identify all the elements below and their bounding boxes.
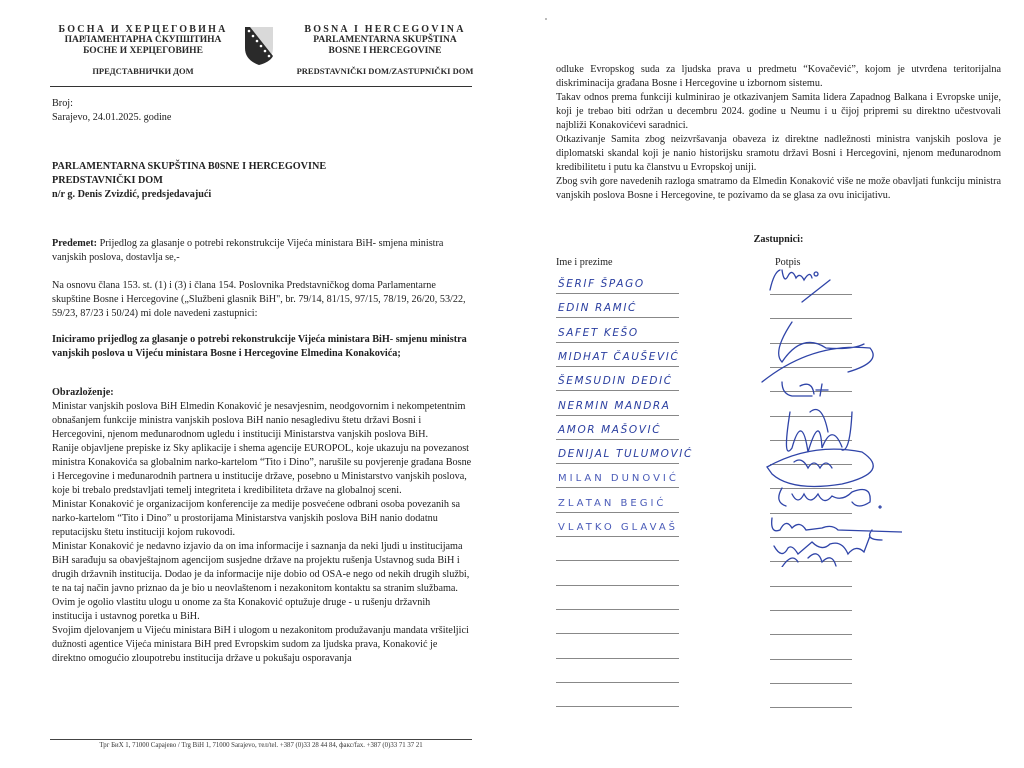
signature-line — [770, 683, 852, 684]
signatory-row: NERMIN MANDRA — [556, 392, 686, 416]
bih-coat-of-arms-icon — [244, 26, 274, 66]
page2-paragraph: Otkazivanje Samita zbog neizvršavanja ob… — [556, 133, 1001, 175]
signatory-row: DENIJAL TULUMOVIĆ — [556, 440, 686, 464]
empty-signatory-row — [556, 610, 686, 634]
addressee: PARLAMENTARNA SKUPŠTINA B0SNE I HERCEGOV… — [52, 160, 472, 202]
empty-signatory-row — [556, 586, 686, 610]
rationale-paragraph: Ranije objavljene prepiske iz Sky aplika… — [52, 442, 472, 498]
signatory-name: DENIJAL TULUMOVIĆ — [558, 448, 693, 460]
empty-signatory-row — [556, 659, 686, 683]
empty-signatory-row — [556, 537, 686, 561]
subject-label: Predemet: — [52, 238, 97, 249]
page2-paragraph: Takav odnos prema funkciji kulminirao je… — [556, 91, 1001, 133]
footer-divider — [50, 739, 472, 740]
signatory-name: AMOR MAŠOVIĆ — [558, 424, 661, 436]
signatory-row: ZLATAN BEGIĆ — [556, 489, 686, 513]
signature-line — [770, 610, 852, 611]
scan-speck — [545, 18, 547, 20]
place-date: Sarajevo, 24.01.2025. godine — [52, 111, 472, 125]
page2-body: odluke Evropskog suda za ljudska prava u… — [556, 63, 1001, 203]
initiative-text: Iniciramo prijedlog za glasanje o potreb… — [52, 333, 472, 361]
subject-text: Prijedlog za glasanje o potrebi rekonstr… — [52, 238, 443, 263]
letterhead-lat-line2: PARLAMENTARNA SKUPŠTINA — [280, 35, 490, 46]
signatory-name: ZLATAN BEGIĆ — [558, 498, 666, 509]
subject: Predemet: Prijedlog za glasanje o potreb… — [52, 237, 472, 265]
signatory-name: EDIN RAMIĆ — [558, 302, 637, 314]
signatory-row: ŠERIF ŠPAGO — [556, 270, 686, 294]
signatory-row: EDIN RAMIĆ — [556, 294, 686, 318]
signatory-name: ŠERIF ŠPAGO — [558, 278, 645, 290]
signatory-name: MILAN DUNOVIĆ — [558, 473, 679, 484]
rationale: Obrazloženje: Ministar vanjskih poslova … — [52, 386, 472, 666]
header-divider — [50, 86, 472, 87]
signature-line — [770, 659, 852, 660]
page2-paragraph: odluke Evropskog suda za ljudska prava u… — [556, 63, 1001, 91]
page2-paragraph: Zbog svih gore navedenih razloga smatram… — [556, 175, 1001, 203]
signature-line — [770, 634, 852, 635]
empty-signatory-row — [556, 683, 686, 707]
rationale-heading: Obrazloženje: — [52, 386, 472, 400]
handwritten-signatures — [752, 262, 902, 567]
letterhead: БОСНА И ХЕРЦЕГОВИНА ПАРЛАМЕНТАРНА СКУПШТ… — [48, 24, 488, 84]
letterhead-latin: BOSNA I HERCEGOVINA PARLAMENTARNA SKUPŠT… — [280, 24, 490, 77]
signatory-row: AMOR MAŠOVIĆ — [556, 416, 686, 440]
letterhead-lat-line1: BOSNA I HERCEGOVINA — [280, 24, 490, 35]
footer-address: Трг БиХ 1, 71000 Сарајево / Trg BiH 1, 7… — [50, 742, 472, 749]
signatory-name: SAFET KEŠO — [558, 327, 639, 339]
legal-basis: Na osnovu člana 153. st. (1) i (3) i čla… — [52, 279, 472, 321]
signatory-row: VLATKO GLAVAŠ — [556, 513, 686, 537]
signatory-row: SAFET KEŠO — [556, 319, 686, 343]
reference-number: Broj: — [52, 97, 472, 111]
document-page-1: БОСНА И ХЕРЦЕГОВИНА ПАРЛАМЕНТАРНА СКУПШТ… — [0, 0, 512, 768]
rationale-paragraph: Ministar vanjskih poslova BiH Elmedin Ko… — [52, 400, 472, 442]
letterhead-cyr-house: ПРЕДСТАВНИЧКИ ДОМ — [48, 66, 238, 77]
signatory-row: ŠEMSUDIN DEDIĆ — [556, 367, 686, 391]
rationale-paragraph: Svojim djelovanjem u Vijeću ministara Bi… — [52, 624, 472, 666]
addressee-line2: PREDSTAVNIČKI DOM — [52, 174, 472, 188]
name-line — [556, 706, 679, 707]
column-name-label: Ime i prezime — [556, 257, 613, 268]
letterhead-cyr-line1: БОСНА И ХЕРЦЕГОВИНА — [48, 24, 238, 35]
signatory-name: VLATKO GLAVAŠ — [558, 522, 678, 533]
signatory-name: ŠEMSUDIN DEDIĆ — [558, 375, 673, 387]
signatory-name: NERMIN MANDRA — [558, 400, 671, 412]
letterhead-cyr-line3: БОСНЕ И ХЕРЦЕГОВИНЕ — [48, 46, 238, 57]
signature-line — [770, 707, 852, 708]
addressee-line1: PARLAMENTARNA SKUPŠTINA B0SNE I HERCEGOV… — [52, 160, 472, 174]
letterhead-lat-line3: BOSNE I HERCEGOVINE — [280, 46, 490, 57]
rationale-paragraph: Ministar Konaković je nedavno izjavio da… — [52, 540, 472, 624]
signatories-heading: Zastupnici: — [556, 234, 1001, 245]
rationale-paragraph: Ministar Konaković je organizacijom konf… — [52, 498, 472, 540]
signatory-name: MIDHAT ČAUŠEVIĆ — [558, 351, 679, 363]
signatory-row: MIDHAT ČAUŠEVIĆ — [556, 343, 686, 367]
document-meta: Broj: Sarajevo, 24.01.2025. godine — [52, 97, 472, 125]
letterhead-lat-house: PREDSTAVNIČKI DOM/ZASTUPNIČKI DOM — [280, 66, 490, 77]
signatory-row: MILAN DUNOVIĆ — [556, 464, 686, 488]
empty-signatory-row — [556, 635, 686, 659]
signature-line — [770, 586, 852, 587]
letterhead-cyrillic: БОСНА И ХЕРЦЕГОВИНА ПАРЛАМЕНТАРНА СКУПШТ… — [48, 24, 238, 77]
empty-signatory-row — [556, 562, 686, 586]
letterhead-cyr-line2: ПАРЛАМЕНТАРНА СКУПШТИНА — [48, 35, 238, 46]
addressee-line3: n/r g. Denis Zvizdić, predsjedavajući — [52, 188, 472, 202]
